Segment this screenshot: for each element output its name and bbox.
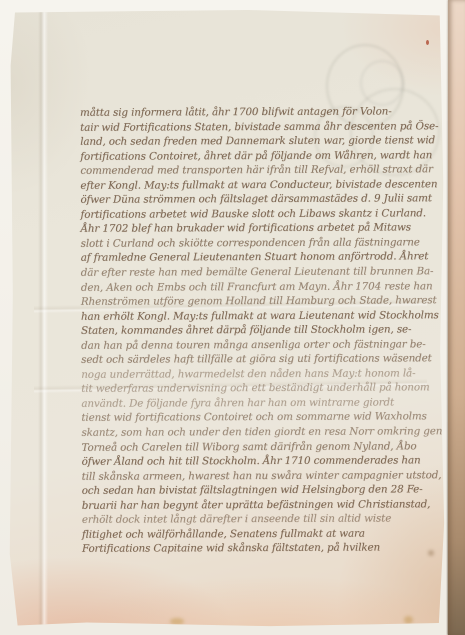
manuscript-line: af framledne General Lieutenanten Stuart… [81,250,447,266]
manuscript-line: erhölt dock intet långt därefter i ansee… [82,512,448,528]
scan-background: måtta sig informera låtit, åhr 1700 blif… [0,0,465,635]
stain-spot [404,616,413,624]
manuscript-line: användt. De följande fyra åhren har han … [81,395,447,411]
manuscript-line: öfwer Düna strömmen och fältslaget därsa… [80,191,446,207]
manuscript-page: måtta sig informera låtit, åhr 1700 blif… [8,10,445,628]
manuscript-line: tair wid Fortifications Staten, bivistad… [80,119,446,135]
manuscript-line: Staten, kommandes åhret därpå följande t… [81,322,447,338]
fold-crease [38,10,48,628]
manuscript-line: den, Aken och Embs och till Francfurt am… [81,279,447,295]
manuscript-line: efter Kongl. May:ts fullmakt at wara Con… [80,177,446,193]
manuscript-line: sedt och särdeles haft tillfälle at giör… [81,351,447,367]
manuscript-line: slott i Curland och skiötte corresponden… [81,235,447,251]
manuscript-line: skantz, som han och under den tiden gior… [81,424,447,440]
manuscript-line: tienst wid fortifications Contoiret och … [81,410,447,426]
manuscript-line: commenderad med transporten här ifrån ti… [80,162,446,178]
manuscript-line: Rhenströmen utföre genom Holland till Ha… [81,293,447,309]
manuscript-line: fortifications arbetet wid Bauske slott … [80,206,446,222]
manuscript-line: Torneå och Carelen till Wiborg samt däri… [81,439,447,455]
manuscript-line: han erhölt Kongl. May:ts fullmakt at war… [81,308,447,324]
manuscript-line: fortifications Contoiret, åhret där på f… [80,148,446,164]
manuscript-line: och sedan han bivistat fältslagtningen w… [82,482,448,498]
manuscript-line: noga underrättad, hwarmedelst den nåden … [81,366,447,382]
manuscript-line: måtta sig informera låtit, åhr 1700 blif… [80,104,446,120]
watermark-rings [360,60,404,106]
manuscript-text: måtta sig informera låtit, åhr 1700 blif… [80,104,448,557]
manuscript-line: tit wederfaras underwisning och ett best… [81,381,447,397]
red-ink-dot [426,40,429,45]
manuscript-line: flitighet och wälförhållande, Senatens f… [82,526,448,542]
manuscript-line: Fortifications Capitaine wid skånska fäl… [82,541,448,557]
manuscript-line: öfwer Åland och hit till Stockholm. Åhr … [82,453,448,469]
stain-spot [170,618,184,625]
manuscript-line: land, och sedan freden med Dannemark slu… [80,133,446,149]
manuscript-line: Åhr 1702 blef han brukader wid fortifica… [81,221,447,237]
manuscript-line: till skånska armeen, hwarest han nu swår… [82,468,448,484]
manuscript-line: bruarii har han begynt åter uprätta befä… [82,497,448,513]
manuscript-line: dan han på denna touren många ansenliga … [81,337,447,353]
manuscript-line: där efter reste han med bemälte General … [81,264,447,280]
book-gutter-pages [448,0,465,635]
